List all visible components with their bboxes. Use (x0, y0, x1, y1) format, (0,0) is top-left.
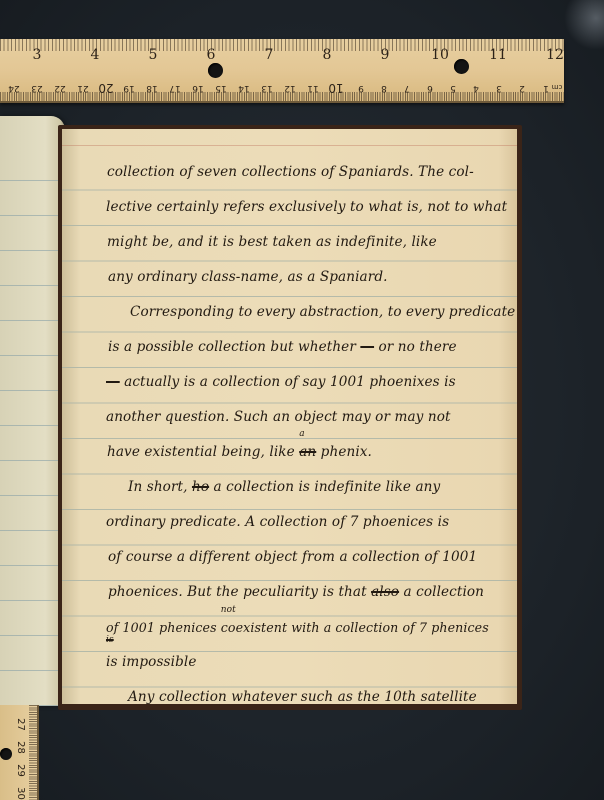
cm-ticks (0, 92, 564, 101)
cm-label: 23 (31, 83, 42, 93)
ruler-hole (208, 63, 223, 78)
inch-label: 6 (207, 47, 216, 63)
cm-label: 24 (8, 83, 19, 93)
text-line: is impossible (106, 645, 196, 680)
text-line: another question. Such an object may or … (106, 400, 451, 435)
cm-label: 8 (381, 83, 387, 93)
cm-label: 15 (215, 83, 226, 93)
text-line: ordinary predicate. A collection of 7 ph… (106, 505, 449, 540)
left-page (0, 116, 65, 706)
text-line: is a possible collection but whether — o… (108, 330, 457, 365)
inch-label: 8 (323, 47, 332, 63)
cm-label: 22 (54, 83, 65, 93)
cm-label: 2 (519, 83, 525, 93)
manuscript-page: collection of seven collections of Spani… (62, 129, 517, 704)
text-line: Any collection whatever such as the 10th… (128, 680, 477, 704)
cm-label: 12 (284, 83, 295, 93)
cm-label: 21 (77, 83, 88, 93)
top-ruler: 3 4 5 6 7 8 9 10 11 12 24 23 22 21 20 19… (0, 39, 564, 103)
text-line: of 1001 phenices not coexistent with a c… (106, 610, 489, 645)
cm-unit-label: cm (552, 83, 563, 91)
inch-label: 4 (91, 47, 100, 63)
struck-out-word: is (106, 635, 114, 645)
ruled-lines (0, 146, 59, 706)
ruler-hole (454, 59, 469, 74)
struck-out-word: — (360, 339, 374, 355)
cm-label: 19 (123, 83, 134, 93)
cm-label: 17 (169, 83, 180, 93)
inch-ticks (0, 39, 564, 51)
text-line: phoenices. But the peculiarity is that a… (108, 575, 484, 610)
struck-out-word: ho (192, 479, 209, 495)
text-line: In short, ho a collection is indefinite … (128, 470, 440, 505)
text-line: collection of seven collections of Spani… (107, 155, 474, 190)
cm-label: 18 (146, 83, 157, 93)
cm-label: 5 (450, 83, 456, 93)
cm-label: 14 (238, 83, 249, 93)
cm-label: 3 (496, 83, 502, 93)
cm-label: 30 (15, 787, 26, 800)
ruler-hole (0, 748, 12, 760)
text-line: — actually is a collection of say 1001 p… (106, 365, 456, 400)
plastic-glare (564, 0, 604, 60)
cm-label: 27 (15, 718, 26, 731)
cm-label: 10 (328, 81, 343, 95)
text-line: of course a different object from a coll… (108, 540, 477, 575)
text-line: have existential being, like aan phenix. (107, 435, 372, 470)
cm-label: 9 (358, 83, 364, 93)
interlinear-insertion: aan (299, 444, 316, 460)
cm-label: 1 (543, 83, 549, 93)
text-line: any ordinary class-name, as a Spaniard. (108, 260, 388, 295)
text-line: might be, and it is best taken as indefi… (107, 225, 437, 260)
inch-label: 10 (431, 47, 449, 63)
inch-label: 7 (265, 47, 274, 63)
cm-label: 7 (404, 83, 410, 93)
struck-out-word: — (106, 374, 120, 390)
inch-label: 12 (546, 47, 564, 63)
cm-label: 16 (192, 83, 203, 93)
inch-label: 3 (33, 47, 42, 63)
cm-label: 28 (15, 741, 26, 754)
text-line: Corresponding to every abstraction, to e… (130, 295, 515, 330)
page-top-rule (62, 145, 517, 146)
struck-out-word: an (299, 444, 316, 460)
inch-label: 9 (381, 47, 390, 63)
cm-label: 11 (307, 83, 318, 93)
cm-label: 4 (473, 83, 479, 93)
struck-out-word: also (371, 584, 399, 600)
side-ruler: 27 28 29 30 (0, 705, 39, 800)
cm-label: 29 (15, 764, 26, 777)
cm-label: 20 (98, 81, 113, 95)
inch-label: 5 (149, 47, 158, 63)
cm-label: 6 (427, 83, 433, 93)
cm-label: 13 (261, 83, 272, 93)
cm-ticks (29, 705, 37, 800)
inch-label: 11 (489, 47, 507, 63)
text-line: lective certainly refers exclusively to … (106, 190, 507, 225)
